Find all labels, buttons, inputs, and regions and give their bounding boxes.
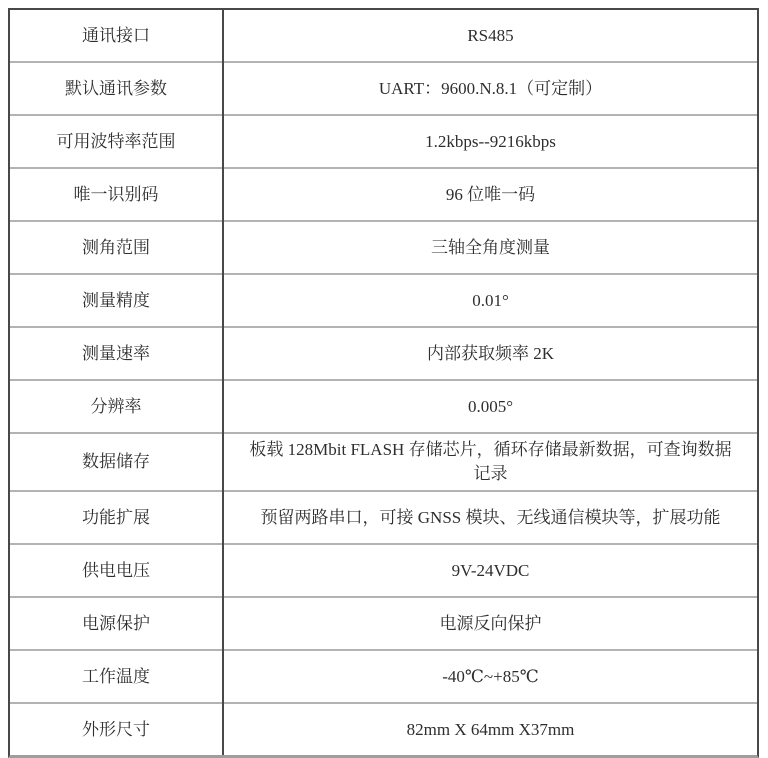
- spec-value-cell: -40℃~+85℃: [223, 650, 757, 703]
- spec-label-cell: 默认通讯参数: [10, 62, 223, 115]
- table-row: 电源保护电源反向保护: [10, 597, 757, 650]
- spec-label-cell: 测量速率: [10, 327, 223, 380]
- spec-value-cell: 内部获取频率 2K: [223, 327, 757, 380]
- spec-label-cell: 通讯接口: [10, 10, 223, 62]
- spec-label-cell: 电源保护: [10, 597, 223, 650]
- spec-value-cell: 电源反向保护: [223, 597, 757, 650]
- table-row: 功能扩展预留两路串口，可接 GNSS 模块、无线通信模块等，扩展功能: [10, 491, 757, 544]
- table-row: 数据储存板载 128Mbit FLASH 存储芯片，循环存储最新数据，可查询数据…: [10, 433, 757, 491]
- spec-value-cell: 9V-24VDC: [223, 544, 757, 597]
- spec-value-cell: 0.005°: [223, 380, 757, 433]
- table-row: 外形尺寸82mm X 64mm X37mm: [10, 703, 757, 743]
- spec-label-cell: 功能扩展: [10, 491, 223, 544]
- table-row: 测量精度0.01°: [10, 274, 757, 327]
- spec-label-cell: 分辨率: [10, 380, 223, 433]
- spec-value-cell: 板载 128Mbit FLASH 存储芯片，循环存储最新数据，可查询数据 记录: [223, 433, 757, 491]
- spec-label-cell: 外形尺寸: [10, 703, 223, 743]
- table-row: 工作温度-40℃~+85℃: [10, 650, 757, 703]
- table-row: 可用波特率范围1.2kbps--9216kbps: [10, 115, 757, 168]
- spec-value-cell: 1.2kbps--9216kbps: [223, 115, 757, 168]
- table-row: 供电电压9V-24VDC: [10, 544, 757, 597]
- spec-value-cell: 96 位唯一码: [223, 168, 757, 221]
- spec-table-body: 通讯接口RS485默认通讯参数UART：9600.N.8.1（可定制）可用波特率…: [10, 10, 757, 743]
- spec-label-cell: 工作温度: [10, 650, 223, 703]
- table-row: 默认通讯参数UART：9600.N.8.1（可定制）: [10, 62, 757, 115]
- spec-value-cell: UART：9600.N.8.1（可定制）: [223, 62, 757, 115]
- table-row: 唯一识别码96 位唯一码: [10, 168, 757, 221]
- spec-table-grid: 通讯接口RS485默认通讯参数UART：9600.N.8.1（可定制）可用波特率…: [10, 10, 757, 743]
- table-row: 测量速率内部获取频率 2K: [10, 327, 757, 380]
- spec-value-cell: 82mm X 64mm X37mm: [223, 703, 757, 743]
- spec-label-cell: 测量精度: [10, 274, 223, 327]
- spec-value-cell: 预留两路串口，可接 GNSS 模块、无线通信模块等，扩展功能: [223, 491, 757, 544]
- spec-table: 通讯接口RS485默认通讯参数UART：9600.N.8.1（可定制）可用波特率…: [8, 8, 759, 743]
- table-row: 通讯接口RS485: [10, 10, 757, 62]
- spec-value-cell: 三轴全角度测量: [223, 221, 757, 274]
- spec-value-cell: 0.01°: [223, 274, 757, 327]
- table-row: 测角范围三轴全角度测量: [10, 221, 757, 274]
- spec-label-cell: 数据储存: [10, 433, 223, 491]
- table-row: 分辨率0.005°: [10, 380, 757, 433]
- spec-label-cell: 可用波特率范围: [10, 115, 223, 168]
- spec-label-cell: 唯一识别码: [10, 168, 223, 221]
- spec-label-cell: 测角范围: [10, 221, 223, 274]
- spec-value-cell: RS485: [223, 10, 757, 62]
- spec-label-cell: 供电电压: [10, 544, 223, 597]
